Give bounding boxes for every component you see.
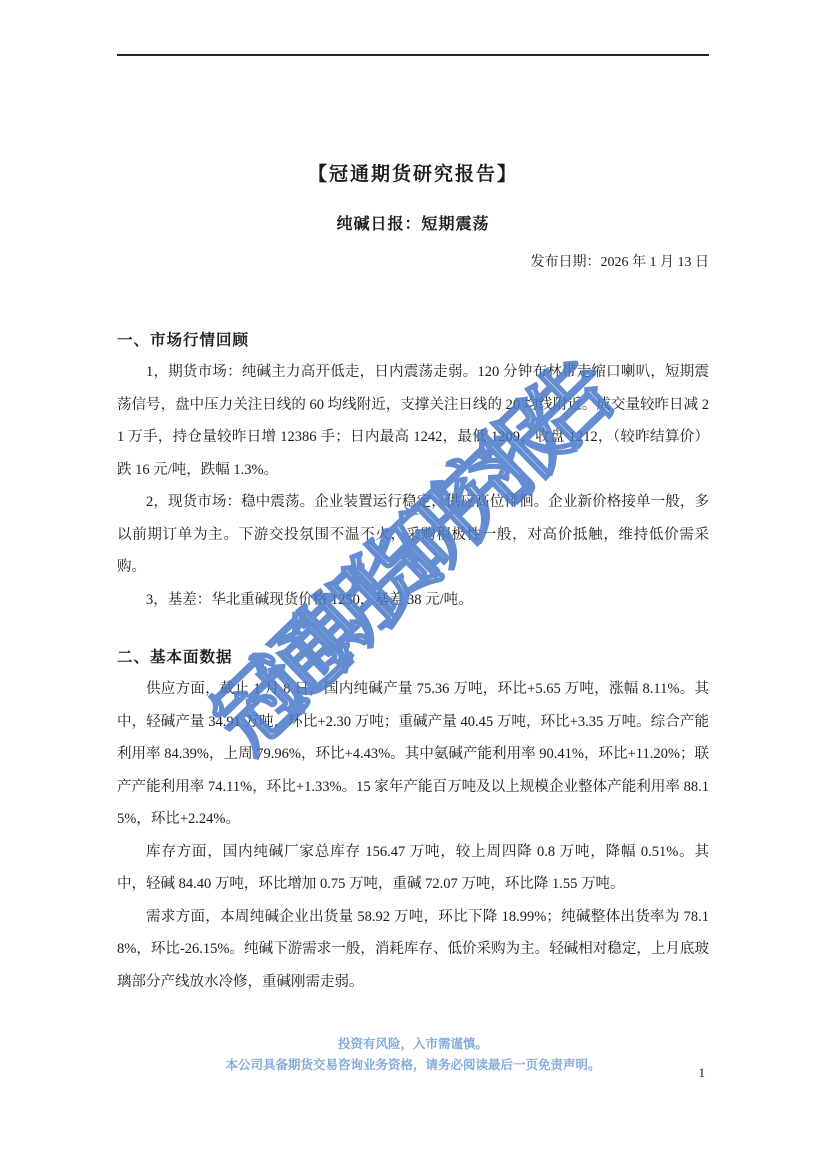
- report-page: 【冠通期货研究报告】 纯碱日报：短期震荡 发布日期：2026 年 1 月 13 …: [0, 0, 826, 1169]
- publish-date: 发布日期：2026 年 1 月 13 日: [117, 252, 709, 274]
- report-series-title: 【冠通期货研究报告】: [117, 162, 709, 188]
- section-fundamentals: 二、基本面数据 供应方面，截止 1 月 8 日，国内纯碱产量 75.36 万吨，…: [117, 646, 709, 998]
- section-fundamentals-heading: 二、基本面数据: [117, 646, 709, 670]
- header-rule: [117, 54, 709, 56]
- paragraph-supply: 供应方面，截止 1 月 8 日，国内纯碱产量 75.36 万吨，环比+5.65 …: [117, 673, 709, 836]
- paragraph-inventory: 库存方面，国内纯碱厂家总库存 156.47 万吨，较上周四降 0.8 万吨，降幅…: [117, 836, 709, 901]
- footer-risk-warning: 投资有风险，入市需谨慎。: [0, 1034, 826, 1055]
- paragraph-demand: 需求方面，本周纯碱企业出货量 58.92 万吨，环比下降 18.99%；纯碱整体…: [117, 901, 709, 999]
- paragraph-futures-market: 1，期货市场：纯碱主力高开低走，日内震荡走弱。120 分钟布林带走缩口喇叭，短期…: [117, 356, 709, 486]
- report-content: 【冠通期货研究报告】 纯碱日报：短期震荡 发布日期：2026 年 1 月 13 …: [0, 162, 826, 998]
- report-title: 纯碱日报：短期震荡: [117, 213, 709, 237]
- page-number: 1: [699, 1064, 706, 1082]
- section-market-review: 一、市场行情回顾 1，期货市场：纯碱主力高开低走，日内震荡走弱。120 分钟布林…: [117, 329, 709, 616]
- section-market-review-heading: 一、市场行情回顾: [117, 329, 709, 353]
- paragraph-spot-market: 2，现货市场：稳中震荡。企业装置运行稳定，供应高位徘徊。企业新价格接单一般，多以…: [117, 486, 709, 584]
- paragraph-basis: 3，基差：华北重碱现货价格 1250，基差 38 元/吨。: [117, 584, 709, 617]
